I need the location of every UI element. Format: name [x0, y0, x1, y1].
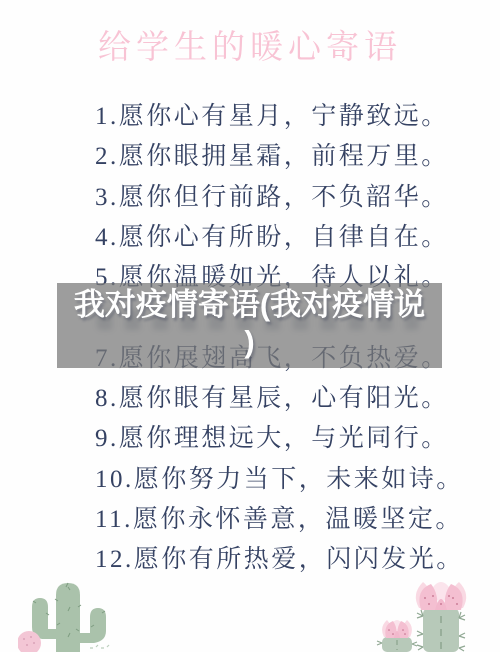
poster-page: 给学生的暖心寄语 1.愿你心有星月，宁静致远。 2.愿你眼拥星霜，前程万里。 3…	[0, 0, 500, 652]
two-flowering-cacti-icon	[353, 572, 488, 652]
wish-line-9: 9.愿你理想远大，与光同行。	[0, 419, 500, 459]
poster-title: 给学生的暖心寄语	[0, 28, 500, 68]
wish-line-4: 4.愿你心有所盼，自律自在。	[0, 218, 500, 258]
cactus-with-pompom-flower-icon	[18, 577, 138, 652]
caption-overlay: 我对疫情寄语(我对疫情说 )	[57, 283, 442, 368]
lotus-flower-small	[382, 620, 412, 638]
lotus-flower-large	[416, 582, 466, 610]
caption-line-1: 我对疫情寄语(我对疫情说	[57, 286, 442, 323]
wish-line-8: 8.愿你眼有星辰，心有阳光。	[0, 379, 500, 419]
wish-line-1: 1.愿你心有星月，宁静致远。	[0, 97, 500, 137]
wish-line-3: 3.愿你但行前路，不负韶华。	[0, 178, 500, 218]
caption-line-2: )	[57, 323, 442, 360]
wish-line-2: 2.愿你眼拥星霜，前程万里。	[0, 137, 500, 177]
wish-line-11: 11.愿你永怀善意，温暖坚定。	[0, 500, 500, 540]
wish-line-10: 10.愿你努力当下，未来如诗。	[0, 460, 500, 500]
